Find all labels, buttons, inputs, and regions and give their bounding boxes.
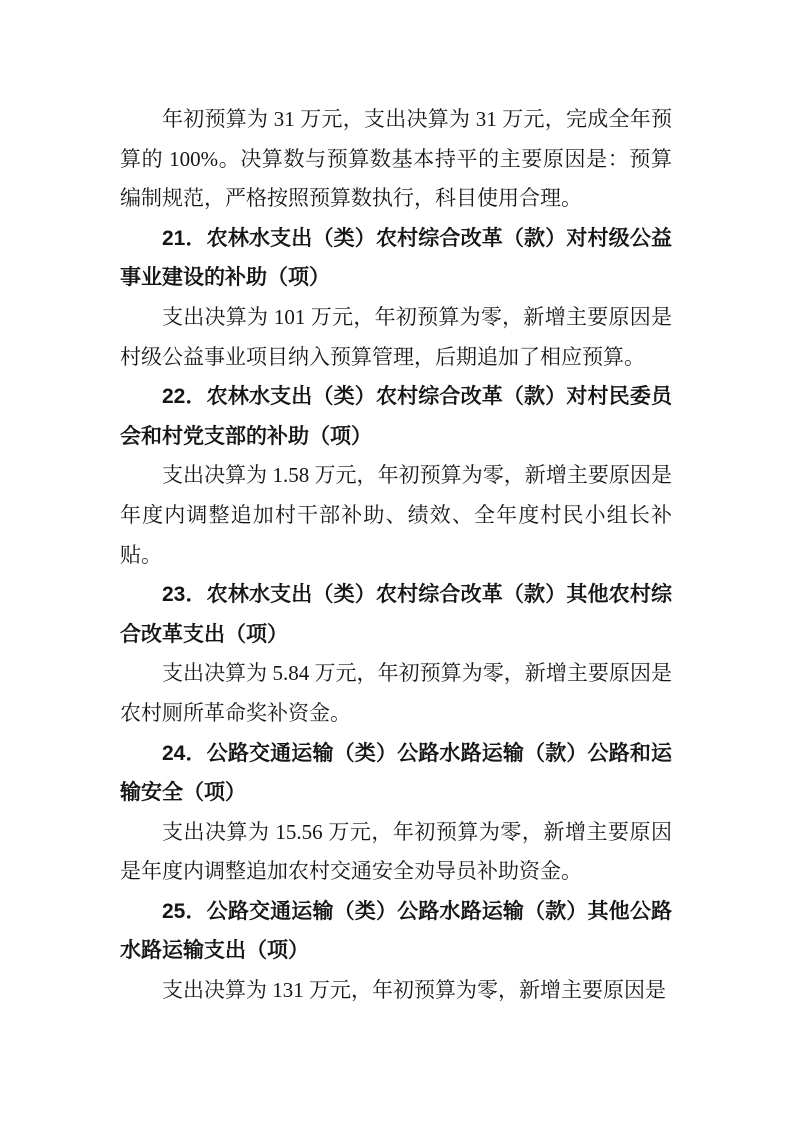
body-paragraph: 支出决算为 5.84 万元，年初预算为零，新增主要原因是农村厕所革命奖补资金。 — [120, 654, 672, 733]
body-paragraph: 支出决算为 1.58 万元，年初预算为零，新增主要原因是年度内调整追加村干部补助… — [120, 456, 672, 575]
section-heading-25: 25．公路交通运输（类）公路水路运输（款）其他公路水路运输支出（项） — [120, 892, 672, 971]
body-paragraph: 支出决算为 131 万元，年初预算为零，新增主要原因是 — [120, 971, 672, 1011]
section-heading-22: 22．农林水支出（类）农村综合改革（款）对村民委员会和村党支部的补助（项） — [120, 377, 672, 456]
document-text-column: 年初预算为 31 万元，支出决算为 31 万元，完成全年预算的 100%。决算数… — [120, 100, 672, 1011]
section-heading-23: 23．农林水支出（类）农村综合改革（款）其他农村综合改革支出（项） — [120, 575, 672, 654]
document-page: 年初预算为 31 万元，支出决算为 31 万元，完成全年预算的 100%。决算数… — [0, 0, 793, 1122]
section-heading-21: 21．农林水支出（类）农村综合改革（款）对村级公益事业建设的补助（项） — [120, 219, 672, 298]
body-paragraph: 支出决算为 101 万元，年初预算为零，新增主要原因是村级公益事业项目纳入预算管… — [120, 298, 672, 377]
body-paragraph: 年初预算为 31 万元，支出决算为 31 万元，完成全年预算的 100%。决算数… — [120, 100, 672, 219]
section-heading-24: 24．公路交通运输（类）公路水路运输（款）公路和运输安全（项） — [120, 734, 672, 813]
body-paragraph: 支出决算为 15.56 万元，年初预算为零，新增主要原因是年度内调整追加农村交通… — [120, 813, 672, 892]
